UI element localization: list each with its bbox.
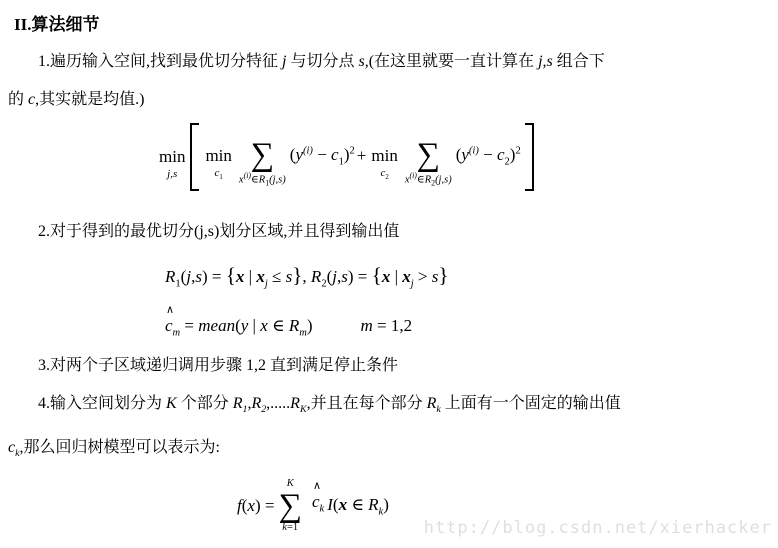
math-token: =1 [287, 522, 298, 533]
math-token: − [313, 145, 331, 164]
math-token: c [497, 145, 505, 164]
math-token: R [251, 395, 261, 412]
math-token: 与切分点 [286, 53, 358, 70]
indicator-expression: I(x ∈ Rk) [327, 495, 389, 517]
math-token: 2 [515, 145, 520, 156]
math-token: x [402, 267, 411, 286]
sigma-symbol: ∑ [278, 492, 302, 520]
math-token: 4.输入空间划分为 [38, 395, 166, 412]
c-variable: c [312, 492, 320, 511]
sum-limit-region-1: x(i)∈R1(j,s) [239, 172, 286, 187]
math-token: ) [383, 495, 389, 514]
math-token: ∈ [347, 495, 368, 514]
formula-min-squared-error: min j,s min c1 ∑ x(i)∈R1(j,s) (y(i) − c1… [156, 123, 770, 205]
math-token: 组合下 [553, 53, 605, 70]
step-1-text-line-2: 的 c,其实就是均值.) [8, 89, 770, 111]
math-token: ) = [255, 496, 275, 515]
math-token: (i) [244, 171, 251, 180]
math-token: , [302, 267, 311, 286]
sigma-symbol: ∑ [416, 141, 440, 169]
section-title: II.算法细节 [14, 10, 770, 35]
sum-lower-limit: k=1 [282, 523, 298, 534]
sum-limit-region-2: x(i)∈R2(j,s) [405, 172, 452, 187]
mean-expression: = mean(y | x ∈ Rm) [180, 316, 312, 335]
hat-symbol: ∧ [313, 479, 321, 492]
min-label: min [159, 148, 185, 165]
m-range: m = 1,2 [361, 316, 413, 335]
sigma-symbol: ∑ [251, 141, 275, 169]
math-token: − [479, 145, 497, 164]
c-variable: c [165, 316, 173, 335]
sum-over-region-1: ∑ x(i)∈R1(j,s) [239, 141, 286, 188]
squared-error-term-1: (y(i) − c1)2 [290, 145, 355, 167]
math-token: K [166, 395, 177, 412]
math-token: = 1,2 [373, 316, 412, 335]
math-token: (i) [303, 145, 313, 156]
math-token: ∈ [417, 174, 425, 185]
watermark-url: http://blog.csdn.net/xierhacker [424, 518, 772, 538]
math-token: > [414, 267, 432, 286]
min-label: min [205, 147, 231, 164]
m-subscript: m [173, 328, 181, 339]
math-token: ,那么回归树模型可以表示为: [20, 439, 220, 456]
math-token: 上面有一个固定的输出值 [441, 395, 621, 412]
step-2-text: 2.对于得到的最优切分(j,s)划分区域,并且得到输出值 [8, 221, 770, 243]
step-1-text-line-1: 1.遍历输入空间,找到最优切分特征 j 与切分点 s,(在这里就要一直计算在 j… [8, 51, 770, 73]
formula-cm-mean: ∧cm = mean(y | x ∈ Rm)m = 1,2 [165, 303, 770, 338]
math-token: ,其实就是均值.) [35, 91, 144, 108]
sum-over-region-2: ∑ x(i)∈R2(j,s) [405, 141, 452, 188]
math-token: = [354, 267, 372, 286]
min-operator-c1: min c1 [205, 147, 231, 182]
math-token: { [372, 263, 382, 287]
math-token: s [341, 267, 348, 286]
math-token: R [289, 316, 299, 335]
formula-region-definitions: R1(j,s) = {x | xj ≤ s}, R2(j,s) = {x | x… [165, 263, 770, 289]
math-token: 1 [219, 174, 222, 181]
document-page: II.算法细节 1.遍历输入空间,找到最优切分特征 j 与切分点 s,(在这里就… [0, 0, 778, 548]
math-token: K [300, 404, 307, 415]
math-token: 2.对于得到的最优切分(j,s)划分区域,并且得到输出值 [38, 223, 399, 240]
math-token: 2 [385, 174, 388, 181]
hat-symbol: ∧ [166, 303, 174, 316]
fx-equals: f(x) = [237, 496, 274, 516]
math-token: x [256, 267, 265, 286]
math-token: c [331, 145, 339, 164]
sum-k-1-to-K: K ∑ k=1 [278, 479, 302, 534]
math-token: ∈ [268, 316, 289, 335]
math-token: x [339, 495, 348, 514]
math-token: (i) [469, 145, 479, 156]
math-token: = [180, 316, 198, 335]
min-operator-outer: min j,s [159, 148, 185, 180]
math-token: } [292, 263, 302, 287]
plus-sign: + [357, 146, 367, 166]
math-token: x [247, 496, 255, 515]
math-token: = [208, 267, 226, 286]
math-token: 3.对两个子区域递归调用步骤 1,2 直到满足停止条件 [38, 357, 398, 374]
step-3-text: 3.对两个子区域递归调用步骤 1,2 直到满足停止条件 [8, 355, 770, 377]
c-hat-m: ∧cm [165, 316, 180, 338]
math-token: m [361, 316, 373, 335]
squared-error-term-2: (y(i) − c2)2 [456, 145, 521, 167]
math-token: mean [198, 316, 235, 335]
math-token: (j,s) [269, 174, 286, 185]
math-token: ,(在这里就要一直计算在 [365, 53, 538, 70]
math-token: 2 [350, 145, 355, 156]
math-token: ≤ [268, 267, 286, 286]
math-token: x [260, 316, 268, 335]
left-bracket [190, 123, 199, 191]
math-token: 个部分 [177, 395, 233, 412]
math-token: | [244, 267, 256, 286]
step-4-text-line-2: ck,那么回归树模型可以表示为: [8, 437, 770, 465]
math-token: | [390, 267, 402, 286]
math-token: ,..... [266, 395, 290, 412]
math-token: R [311, 267, 321, 286]
math-token: | [248, 316, 260, 335]
step-4-text-line-1: 4.输入空间划分为 K 个部分 R1,R2,.....RK,并且在每个部分 Rk… [8, 393, 770, 421]
math-token: { [226, 263, 236, 287]
c-hat-k: ∧ck [312, 492, 324, 514]
math-token: (i) [410, 171, 417, 180]
min-operator-c2: min c2 [371, 147, 397, 182]
math-token: j,s [538, 53, 553, 70]
math-token: R [290, 395, 300, 412]
math-token: ∈ [251, 174, 259, 185]
right-bracket [525, 123, 534, 191]
math-token: R [165, 267, 175, 286]
math-token: ) [307, 316, 313, 335]
math-token: ,并且在每个部分 [307, 395, 427, 412]
k-subscript: k [320, 503, 325, 514]
math-token: (j,s) [435, 174, 452, 185]
math-token: } [438, 263, 448, 287]
math-token: m [299, 328, 307, 339]
math-token: R [427, 395, 437, 412]
math-token: 1.遍历输入空间,找到最优切分特征 [38, 53, 282, 70]
math-token: 的 [8, 91, 28, 108]
math-token: R [368, 495, 378, 514]
min-label: min [371, 147, 397, 164]
math-token: s [195, 267, 202, 286]
min-subscript-js: j,s [167, 169, 177, 180]
min-subscript-c1: c1 [215, 168, 223, 182]
min-subscript-c2: c2 [380, 168, 388, 182]
